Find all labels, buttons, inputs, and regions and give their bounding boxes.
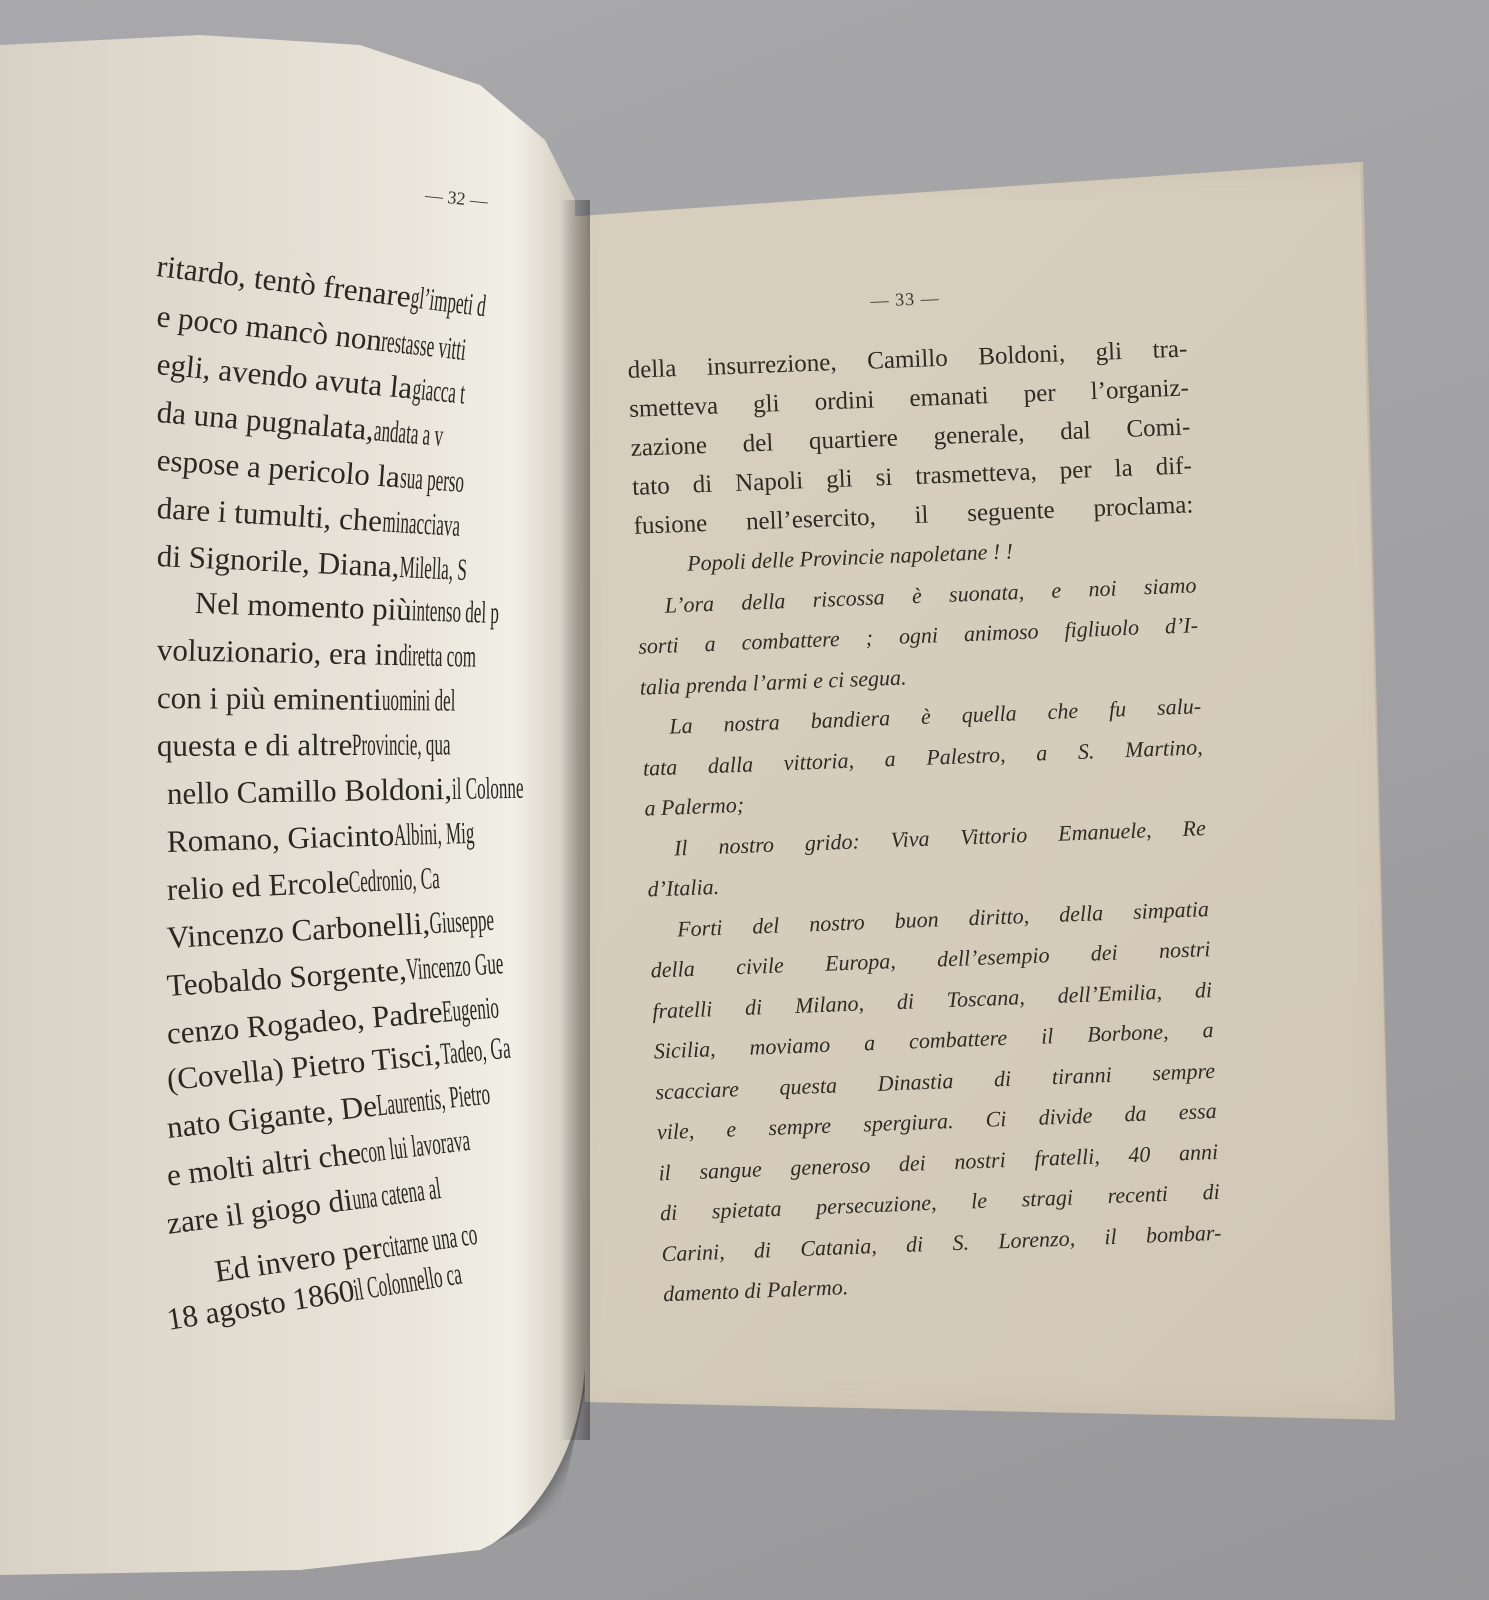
text-curved-tail: Giuseppe <box>429 902 495 942</box>
text-curved-tail: uomini del <box>382 682 456 719</box>
text-curved-tail: Eugenio <box>441 989 501 1029</box>
text-main: questa e di altre <box>157 727 353 763</box>
proclamation-body: L’ora della riscossa è suonata, e noi si… <box>636 565 1224 1315</box>
text-main: Nel momento più <box>194 585 412 627</box>
text-line: di Signorile, Diana, Milella, S <box>156 538 522 591</box>
text-main: espose a pericolo la <box>156 442 401 494</box>
book-photo: — 33 — della insurrezione, Camillo Boldo… <box>0 0 1489 1600</box>
text-line: Romano, Giacinto Albini, Mig <box>166 813 541 860</box>
text-curved-tail: sua perso <box>399 459 465 499</box>
text-main: Teobaldo Sorgente, <box>166 952 408 1003</box>
page-number-32: — 32 — <box>424 185 489 212</box>
text-main: dare i tumulti, che <box>156 490 383 538</box>
text-line: Nel momento più intenso del p <box>194 585 570 633</box>
text-curved-tail: diretta com <box>398 637 476 675</box>
text-main: Vincenzo Carbonelli, <box>166 905 431 955</box>
text-main: con i più eminenti <box>157 680 382 717</box>
text-line: questa e di altre Provincie, qua <box>157 726 532 764</box>
text-curved-tail: una catena al <box>350 1170 443 1217</box>
text-main: da una pugnalata, <box>156 394 376 447</box>
text-curved-tail: restasse vitti <box>380 323 468 368</box>
right-page-text: — 33 — della insurrezione, Camillo Boldo… <box>625 279 1224 1315</box>
text-curved-tail: Milella, S <box>399 549 468 588</box>
text-main: Romano, Giacinto <box>166 817 394 859</box>
text-curved-tail: Tadeo, Ga <box>439 1030 512 1072</box>
text-main: relio ed Ercole <box>166 864 350 907</box>
text-main: di Signorile, Diana, <box>156 538 400 584</box>
text-curved-tail: il Colonne <box>452 770 524 807</box>
text-curved-tail: Provincie, qua <box>352 726 451 763</box>
text-curved-tail: Albini, Mig <box>394 815 476 853</box>
text-curved-tail: andata a v <box>373 412 445 454</box>
text-curved-tail: gl’impeti d <box>409 279 488 324</box>
text-curved-tail: Vincenzo Gue <box>405 945 504 988</box>
intro-paragraph: della insurrezione, Camillo Boldoni, gli… <box>627 329 1194 545</box>
text-line: voluzionario, era in diretta com <box>157 632 540 676</box>
text-curved-tail: Cedronio, Ca <box>349 860 441 900</box>
text-line: con i più eminenti uomini del <box>157 680 515 719</box>
text-curved-tail: giacca t <box>411 371 467 412</box>
text-curved-tail: con lui lavorava <box>359 1122 472 1171</box>
text-line: nello Camillo Boldoni, il Colonne <box>167 769 575 812</box>
text-main: voluzionario, era in <box>157 632 400 672</box>
left-page-text: — 32 — ritardo, tentò frenare gl’impeti … <box>155 180 575 1360</box>
text-curved-tail: minacciava <box>381 503 461 544</box>
text-line: relio ed Ercole Cedronio, Ca <box>166 857 515 908</box>
text-curved-tail: intenso del p <box>411 592 499 631</box>
text-main: nello Camillo Boldoni, <box>167 771 453 811</box>
text-curved-tail: Laurentis, Pietro <box>375 1076 492 1124</box>
